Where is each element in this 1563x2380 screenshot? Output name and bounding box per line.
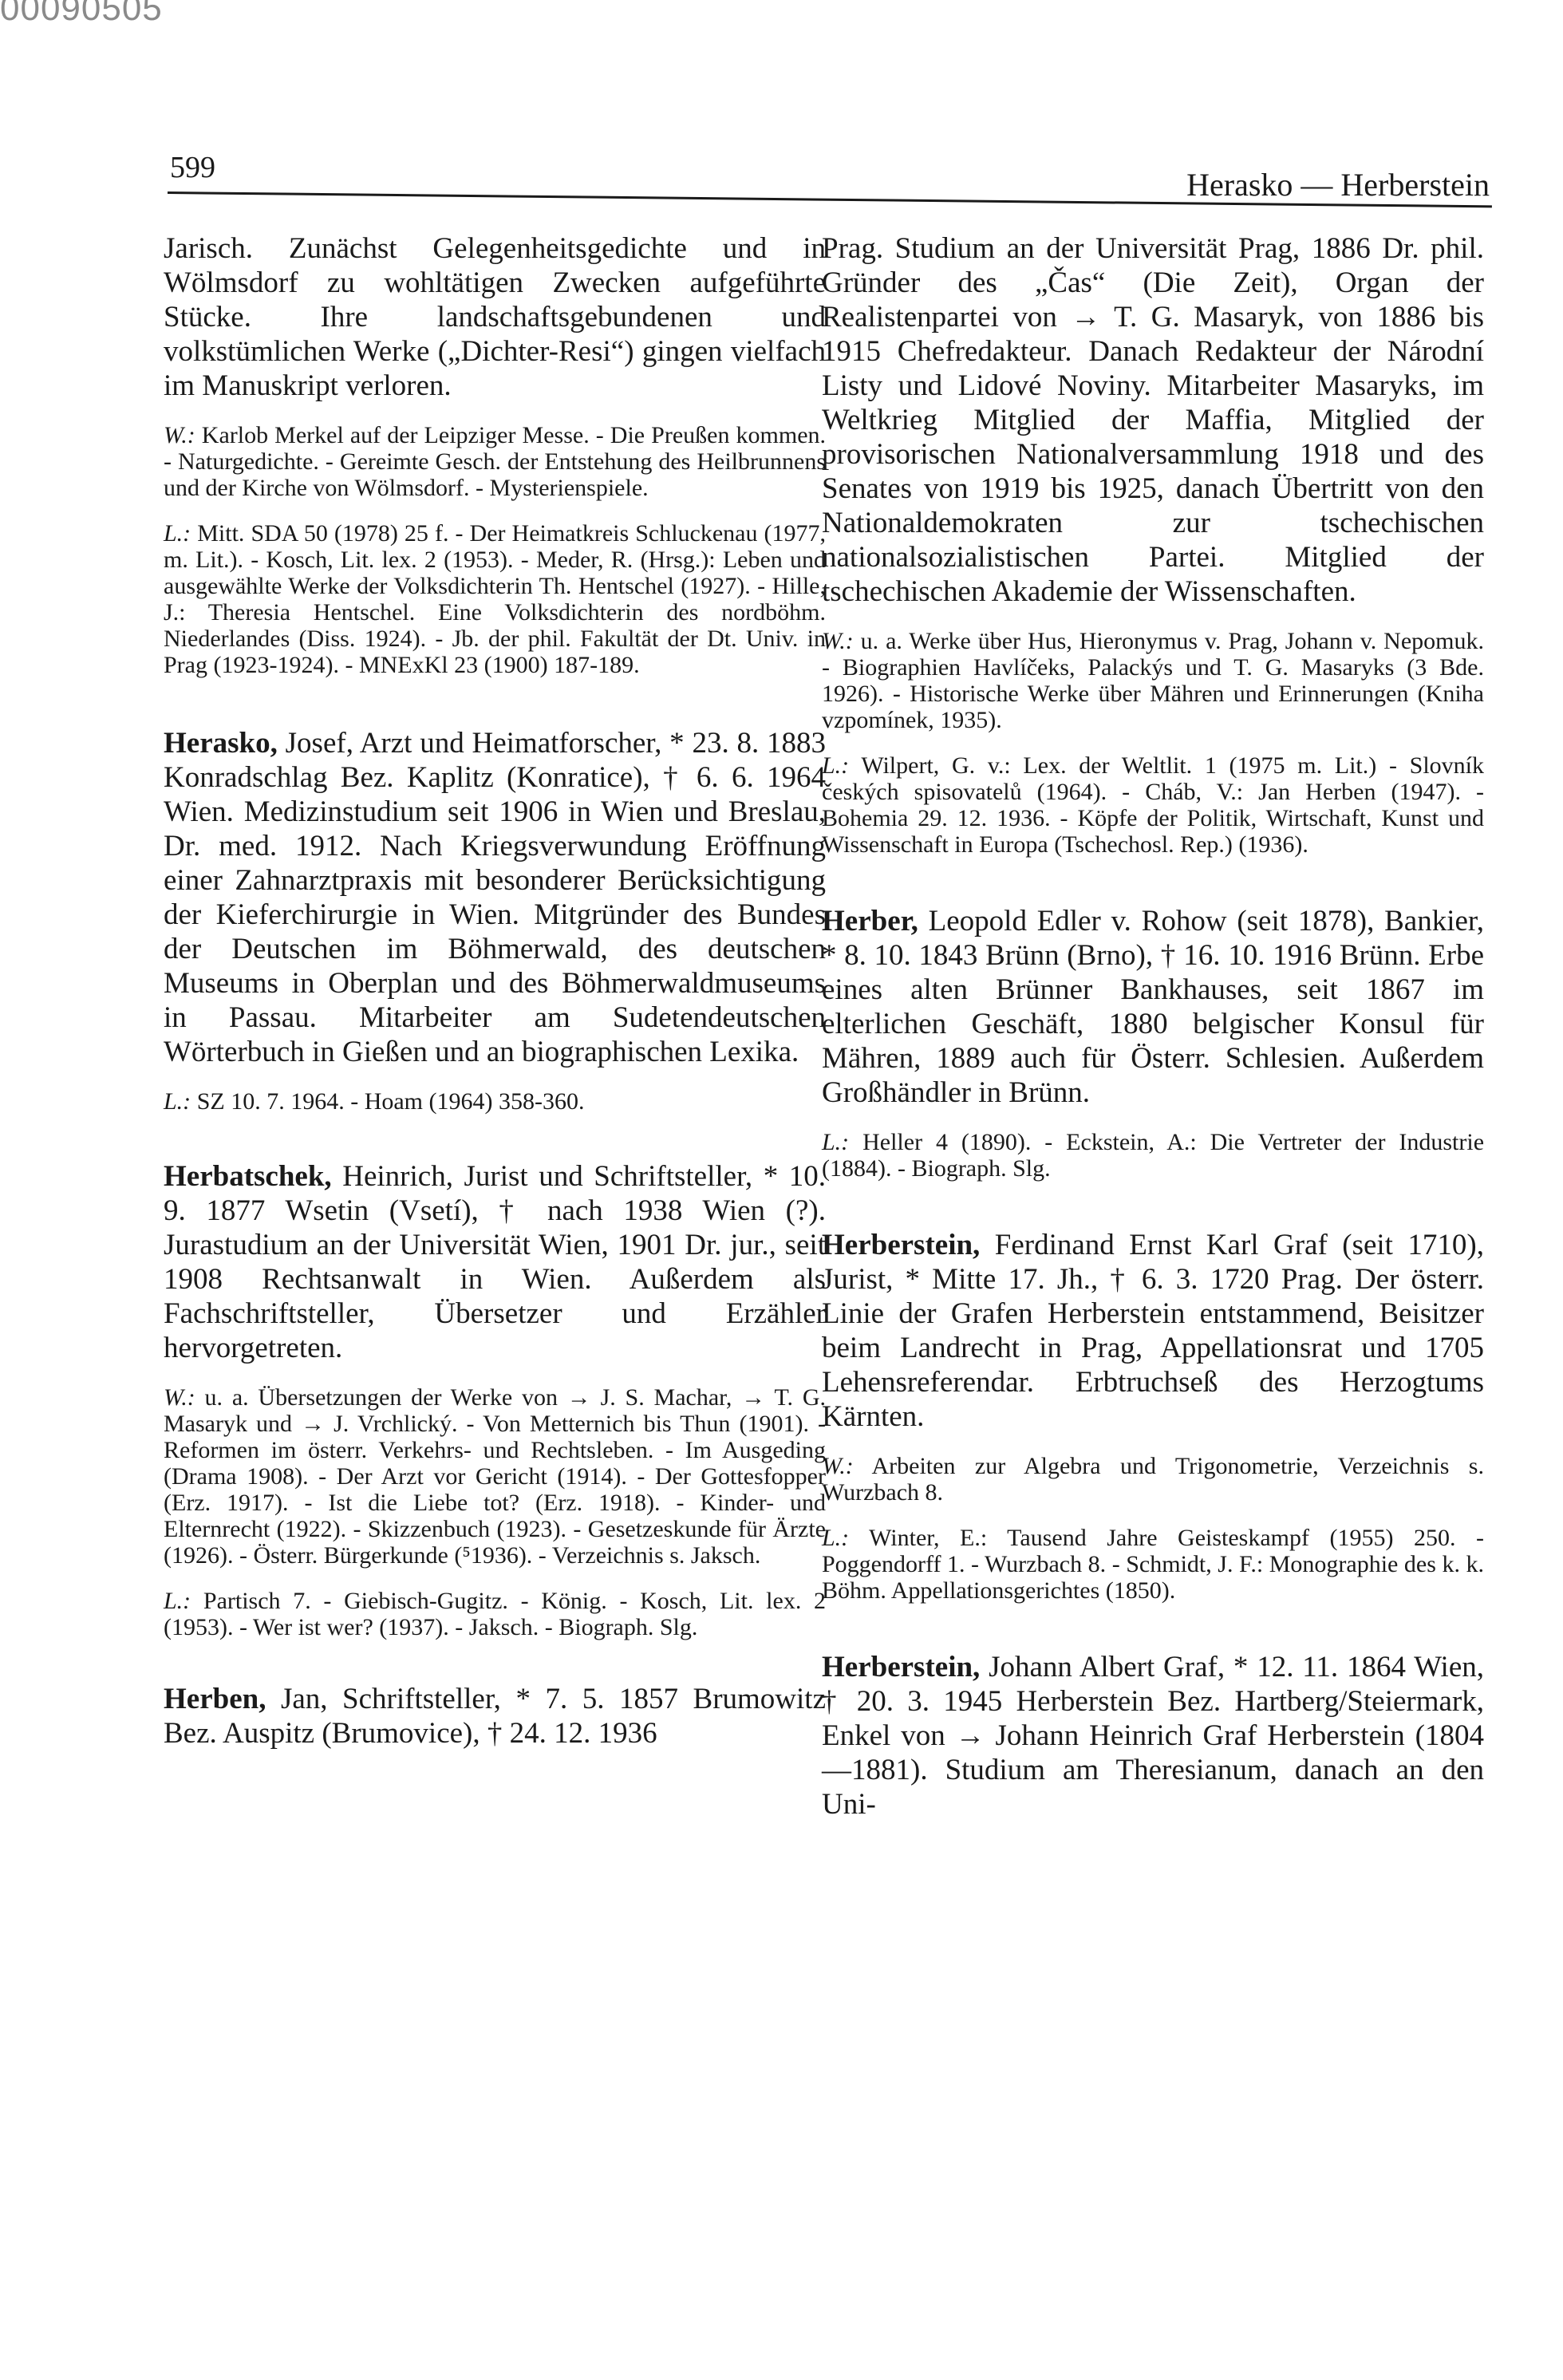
entry-lemma: Herberstein, bbox=[822, 1229, 980, 1261]
entry-body: Herberstein, Johann Albert Graf, * 12. 1… bbox=[822, 1650, 1484, 1822]
entry-body: Herben, Jan, Schriftsteller, * 7. 5. 185… bbox=[164, 1682, 826, 1750]
entry-body: Herber, Leopold Edler v. Rohow (seit 187… bbox=[822, 904, 1484, 1110]
works-text: u. a. Werke über Hus, Hieronymus v. Prag… bbox=[822, 628, 1484, 733]
works-text: Karlob Merkel auf der Leipziger Messe. -… bbox=[164, 422, 826, 501]
entry-continuation: Jarisch. Zunächst Gelegenheitsgedichte u… bbox=[164, 231, 826, 678]
literature-text: Mitt. SDA 50 (1978) 25 f. - Der Heimatkr… bbox=[164, 520, 826, 678]
entry-body: Prag. Studium an der Universität Prag, 1… bbox=[822, 231, 1484, 609]
entry-lemma: Herasko, bbox=[164, 727, 278, 760]
page-number: 599 bbox=[170, 150, 215, 185]
works-text: u. a. Übersetzungen der Werke von → J. S… bbox=[164, 1384, 826, 1569]
entry-literature: L.: Winter, E.: Tausend Jahre Geisteskam… bbox=[822, 1525, 1484, 1604]
works-label: W.: bbox=[822, 1453, 854, 1479]
entry-literature: L.: Heller 4 (1890). - Eckstein, A.: Die… bbox=[822, 1129, 1484, 1182]
entry-herbatschek: Herbatschek, Heinrich, Jurist und Schrif… bbox=[164, 1159, 826, 1640]
entry-works: W.: u. a. Werke über Hus, Hieronymus v. … bbox=[822, 628, 1484, 733]
running-head: Herasko — Herberstein bbox=[1186, 166, 1490, 203]
literature-label: L.: bbox=[164, 1588, 191, 1614]
entry-literature: L.: Mitt. SDA 50 (1978) 25 f. - Der Heim… bbox=[164, 520, 826, 678]
entry-lemma: Herbatschek, bbox=[164, 1160, 332, 1193]
works-text: Arbeiten zur Algebra und Trigonometrie, … bbox=[822, 1453, 1484, 1506]
entry-works: W.: Karlob Merkel auf der Leipziger Mess… bbox=[164, 422, 826, 501]
literature-text: Heller 4 (1890). - Eckstein, A.: Die Ver… bbox=[822, 1129, 1484, 1182]
works-label: W.: bbox=[164, 422, 195, 448]
scan-id: 00090505 bbox=[0, 0, 163, 29]
entry-herberstein-johann: Herberstein, Johann Albert Graf, * 12. 1… bbox=[822, 1650, 1484, 1822]
entry-herberstein-ferdinand: Herberstein, Ferdinand Ernst Karl Graf (… bbox=[822, 1228, 1484, 1604]
entry-lemma: Herberstein, bbox=[822, 1651, 980, 1683]
literature-label: L.: bbox=[822, 752, 849, 779]
entry-herben: Herben, Jan, Schriftsteller, * 7. 5. 185… bbox=[164, 1682, 826, 1750]
entry-body: Herberstein, Ferdinand Ernst Karl Graf (… bbox=[822, 1228, 1484, 1434]
entry-literature: L.: Partisch 7. - Giebisch-Gugitz. - Kön… bbox=[164, 1588, 826, 1640]
entry-literature: L.: SZ 10. 7. 1964. - Hoam (1964) 358-36… bbox=[164, 1088, 826, 1115]
literature-label: L.: bbox=[822, 1129, 849, 1155]
entry-works: W.: Arbeiten zur Algebra und Trigonometr… bbox=[822, 1453, 1484, 1506]
entry-lemma: Herber, bbox=[822, 905, 918, 937]
entry-text: Josef, Arzt und Heimatforscher, * 23. 8.… bbox=[164, 727, 826, 1068]
literature-text: Winter, E.: Tausend Jahre Geisteskampf (… bbox=[822, 1525, 1484, 1604]
entry-lemma: Herben, bbox=[164, 1683, 266, 1715]
entry-works: W.: u. a. Übersetzungen der Werke von → … bbox=[164, 1384, 826, 1569]
literature-label: L.: bbox=[822, 1525, 849, 1551]
left-column: Jarisch. Zunächst Gelegenheitsgedichte u… bbox=[164, 231, 826, 1784]
entry-herber: Herber, Leopold Edler v. Rohow (seit 187… bbox=[822, 904, 1484, 1182]
literature-text: Partisch 7. - Giebisch-Gugitz. - König. … bbox=[164, 1588, 826, 1640]
entry-body: Herasko, Josef, Arzt und Heimatforscher,… bbox=[164, 726, 826, 1069]
entry-herasko: Herasko, Josef, Arzt und Heimatforscher,… bbox=[164, 726, 826, 1115]
literature-label: L.: bbox=[164, 520, 191, 547]
literature-text: SZ 10. 7. 1964. - Hoam (1964) 358-360. bbox=[197, 1088, 585, 1115]
literature-label: L.: bbox=[164, 1088, 191, 1115]
entry-text: Leopold Edler v. Rohow (seit 1878), Bank… bbox=[822, 905, 1484, 1109]
works-label: W.: bbox=[164, 1384, 195, 1411]
entry-herben-continuation: Prag. Studium an der Universität Prag, 1… bbox=[822, 231, 1484, 858]
right-column: Prag. Studium an der Universität Prag, 1… bbox=[822, 231, 1484, 1855]
entry-literature: L.: Wilpert, G. v.: Lex. der Weltlit. 1 … bbox=[822, 752, 1484, 858]
entry-body: Jarisch. Zunächst Gelegenheitsgedichte u… bbox=[164, 231, 826, 403]
entry-body: Herbatschek, Heinrich, Jurist und Schrif… bbox=[164, 1159, 826, 1365]
works-label: W.: bbox=[822, 628, 854, 654]
literature-text: Wilpert, G. v.: Lex. der Weltlit. 1 (197… bbox=[822, 752, 1484, 858]
